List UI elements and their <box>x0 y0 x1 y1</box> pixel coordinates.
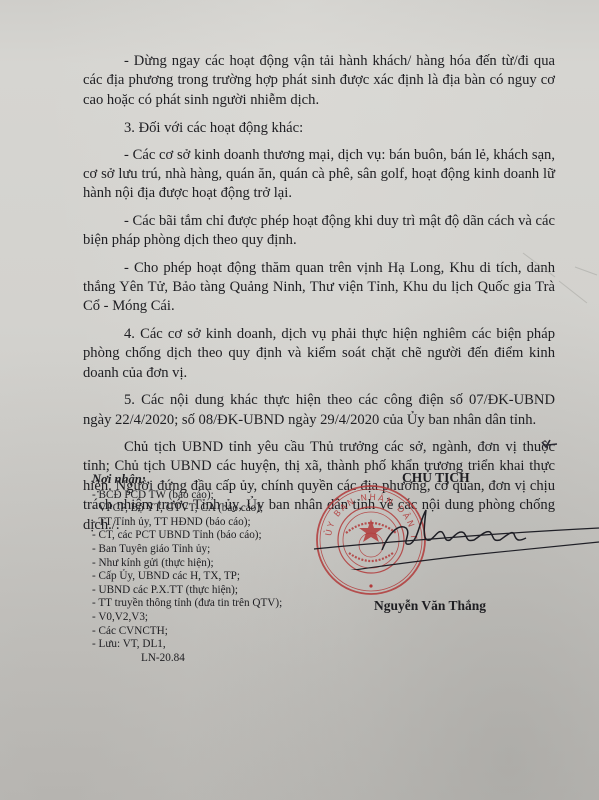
paragraph-transport-stop: - Dừng ngay các hoạt động vận tải hành k… <box>83 52 555 110</box>
faint-pencil-mark <box>515 245 599 315</box>
recipient-item: - VPCP, Bộ YT, GTVT, CA (báo cáo); <box>92 502 332 516</box>
recipient-item: - V0,V2,V3; <box>92 611 332 625</box>
recipient-item: - Ban Tuyên giáo Tỉnh ủy; <box>92 543 332 557</box>
handwritten-tick-icon <box>540 436 560 450</box>
recipient-item: - BCĐ PCD TW (báo cáo); <box>92 489 332 503</box>
recipient-item: - Cấp Ủy, UBND các H, TX, TP; <box>92 570 332 584</box>
paragraph-sightseeing: - Cho phép hoạt động thăm quan trên vịnh… <box>83 259 555 317</box>
recipient-item: - Như kính gửi (thực hiện); <box>92 557 332 571</box>
recipient-item: - TT Tỉnh ủy, TT HĐND (báo cáo); <box>92 516 332 530</box>
handwritten-signature <box>300 500 599 570</box>
signer-name: Nguyễn Văn Thắng <box>374 598 486 614</box>
recipient-item: - Các CVNCTH; <box>92 625 332 639</box>
recipient-item: - TT truyền thông tỉnh (đưa tin trên QTV… <box>92 597 332 611</box>
section-3-heading: 3. Đối với các hoạt động khác: <box>83 119 555 138</box>
paragraph-beaches: - Các bãi tắm chỉ được phép hoạt động kh… <box>83 212 555 251</box>
recipients-title: Nơi nhận: <box>92 473 332 487</box>
section-4-paragraph: 4. Các cơ sở kinh doanh, dịch vụ phải th… <box>83 325 555 383</box>
paragraph-businesses: - Các cơ sở kinh doanh thương mại, dịch … <box>83 146 555 204</box>
recipients-list: Nơi nhận: - BCĐ PCD TW (báo cáo); - VPCP… <box>92 473 332 665</box>
recipient-item: - UBND các P.X.TT (thực hiện); <box>92 584 332 598</box>
document-reference-code: LN-20.84 <box>92 652 332 666</box>
document-body: - Dừng ngay các hoạt động vận tải hành k… <box>83 52 555 543</box>
recipient-item: - CT, các PCT UBND Tỉnh (báo cáo); <box>92 529 332 543</box>
section-5-paragraph: 5. Các nội dung khác thực hiện theo các … <box>83 391 555 430</box>
recipient-item: - Lưu: VT, DL1, <box>92 638 332 652</box>
